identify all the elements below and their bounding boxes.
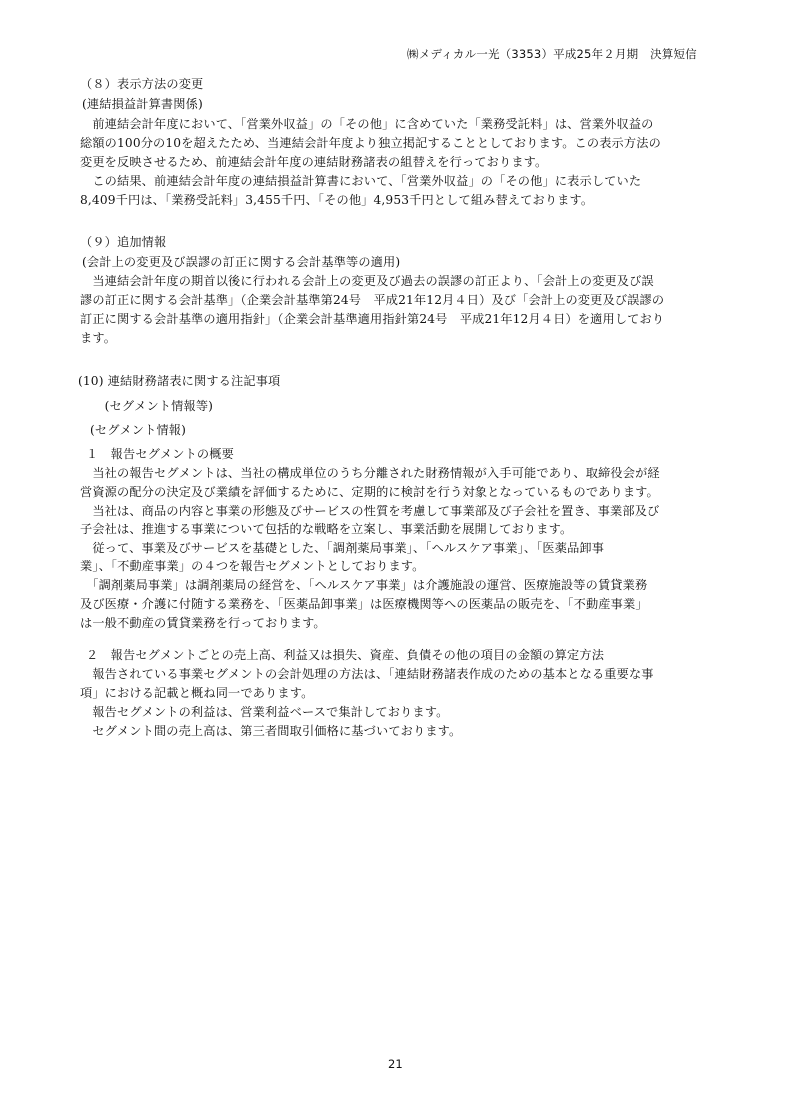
- paragraph-line: 報告セグメントの利益は、営業利益ベースで集計しております。: [80, 703, 448, 721]
- paragraph-line: 8,409千円は、「業務受託料」3,455千円、「その他」4,953千円として組…: [80, 191, 593, 209]
- paragraph-line: 謬の訂正に関する会計基準」（企業会計基準第24号 平成21年12月４日）及び「会…: [80, 291, 664, 309]
- page-header: ㈱メディカル一光（3353）平成25年２月期 決算短信: [407, 46, 697, 62]
- section-subheading: (セグメント情報等): [80, 397, 213, 415]
- section-subheading: (セグメント情報): [90, 421, 186, 439]
- paragraph-line: 営資源の配分の決定及び業績を評価するために、定期的に検討を行う対象となっているも…: [80, 483, 659, 501]
- paragraph-line: 項」における記載と概ね同一であります。: [80, 684, 313, 702]
- paragraph-line: 当社は、商品の内容と事業の形態及びサービスの性質を考慮して事業部及び子会社を置き…: [80, 502, 659, 520]
- section-heading: (10) 連結財務諸表に関する注記事項: [78, 372, 280, 390]
- paragraph-line: セグメント間の売上高は、第三者間取引価格に基づいております。: [80, 722, 461, 740]
- paragraph-line: 業」、「不動産事業」の４つを報告セグメントとしております。: [80, 557, 425, 575]
- section-heading: （９）追加情報: [80, 233, 166, 251]
- paragraph-line: ます。: [80, 329, 116, 347]
- paragraph-line: 「調剤薬局事業」は調剤薬局の経営を、「ヘルスケア事業」は介護施設の運営、医療施設…: [80, 576, 647, 594]
- section-heading: （８）表示方法の変更: [80, 75, 203, 93]
- paragraph-line: 従って、事業及びサービスを基礎とした、「調剤薬局事業」、「ヘルスケア事業」、「医…: [80, 539, 604, 557]
- paragraph-line: 子会社は、推進する事業について包括的な戦略を立案し、事業活動を展開しております。: [80, 520, 572, 538]
- paragraph-line: 総額の100分の10を超えたため、当連結会計年度より独立掲記することとしておりま…: [80, 134, 661, 152]
- paragraph-line: 及び医療・介護に付随する業務を、「医薬品卸事業」は医療機関等への医薬品の販売を、…: [80, 595, 648, 613]
- paragraph-line: 当社の報告セグメントは、当社の構成単位のうち分離された財務情報が入手可能であり、…: [80, 464, 660, 482]
- paragraph-line: 訂正に関する会計基準の適用指針」（企業会計基準適用指針第24号 平成21年12月…: [80, 310, 664, 328]
- paragraph-line: この結果、前連結会計年度の連結損益計算書において、「営業外収益」の「その他」に表…: [80, 172, 641, 190]
- paragraph-line: 前連結会計年度において、「営業外収益」の「その他」に含めていた「業務受託料」は、…: [80, 115, 654, 133]
- section-subheading: (連結損益計算書関係): [82, 95, 203, 113]
- paragraph-line: 変更を反映させるため、前連結会計年度の連結財務諸表の組替えを行っております。: [80, 153, 547, 171]
- section-subheading: (会計上の変更及び誤謬の訂正に関する会計基準等の適用): [82, 253, 400, 271]
- paragraph-line: 当連結会計年度の期首以後に行われる会計上の変更及び過去の誤謬の訂正より、「会計上…: [80, 272, 654, 290]
- paragraph-line: は一般不動産の賃貸業務を行っております。: [80, 614, 326, 632]
- item-title: １ 報告セグメントの概要: [86, 445, 234, 463]
- paragraph-line: 報告されている事業セグメントの会計処理の方法は、「連結財務諸表作成のための基本と…: [80, 665, 654, 683]
- item-title: ２ 報告セグメントごとの売上高、利益又は損失、資産、負債その他の項目の金額の算定…: [86, 646, 604, 664]
- page-number: 21: [388, 1057, 403, 1071]
